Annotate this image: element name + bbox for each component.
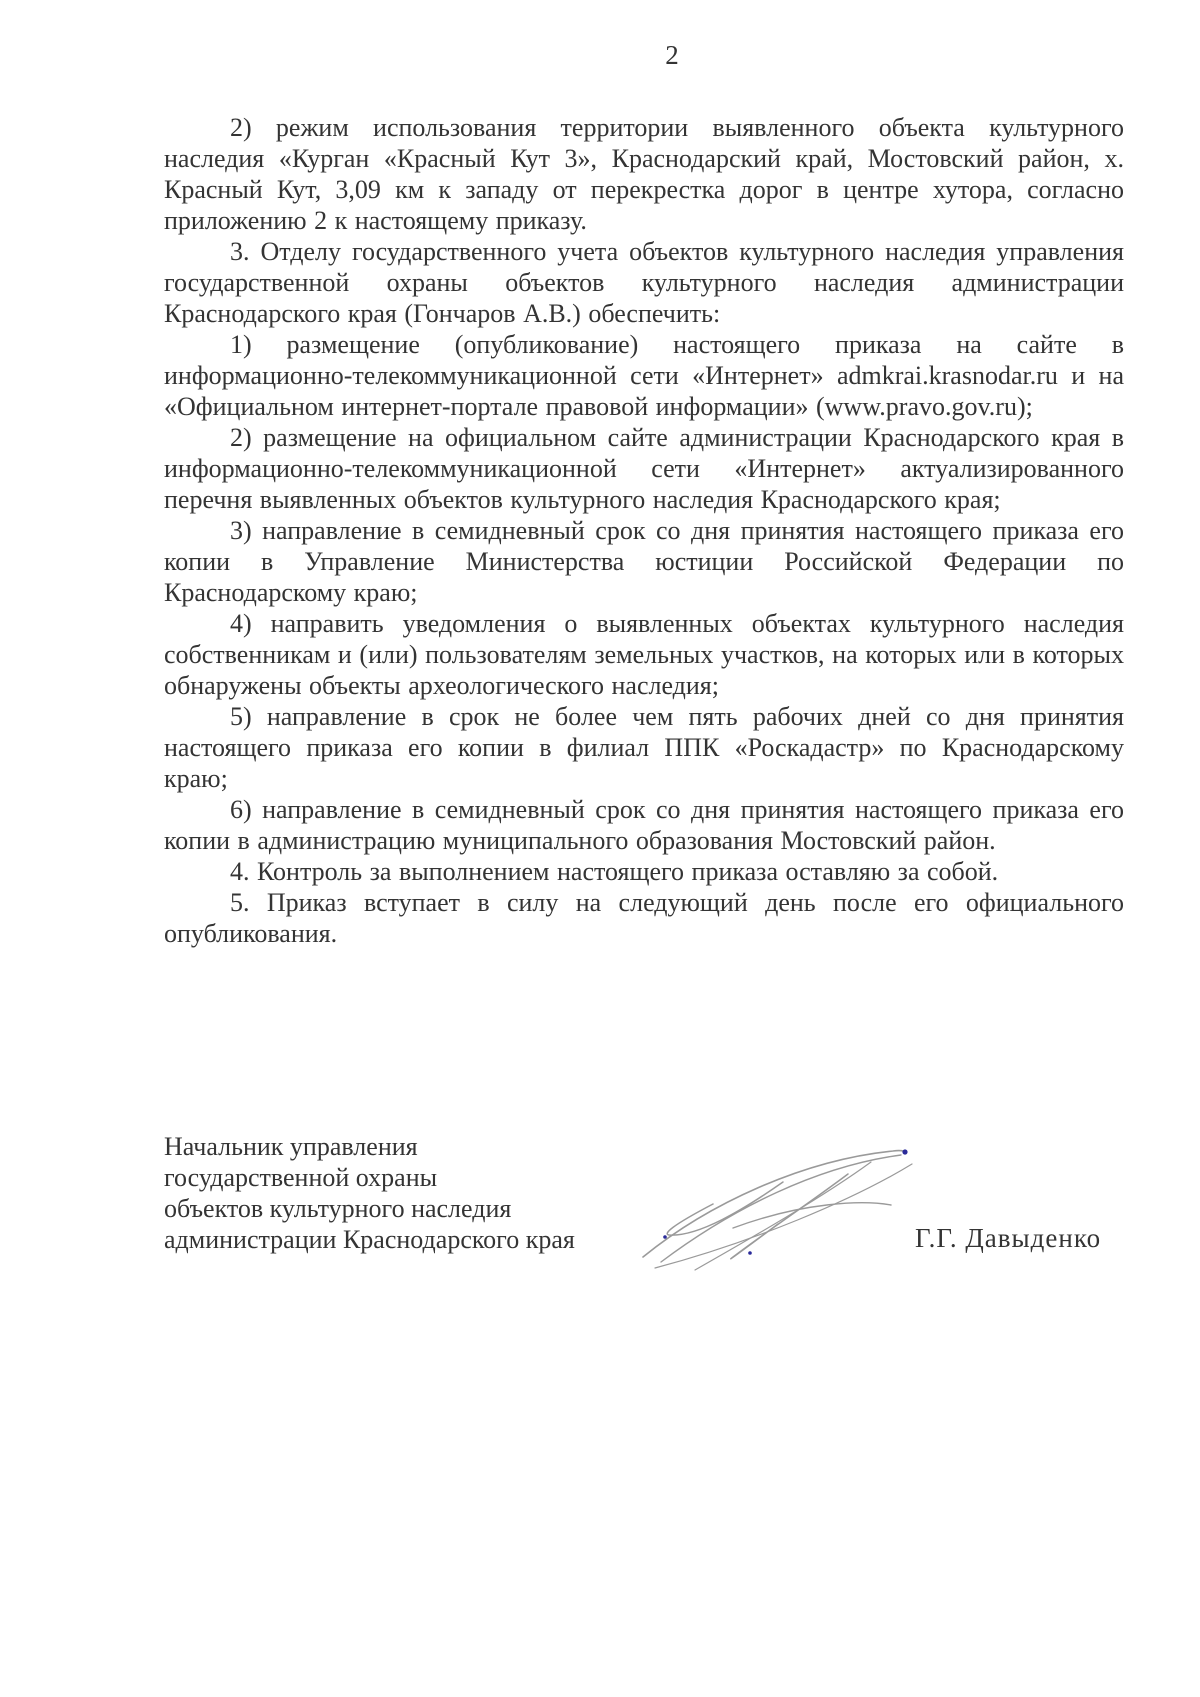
paragraph: 6) направление в семидневный срок со дня… xyxy=(164,794,1124,856)
paragraph: 3) направление в семидневный срок со дня… xyxy=(164,515,1124,608)
signoff-title-line: Начальник управления xyxy=(164,1131,575,1162)
paragraph: 4) направить уведомления о выявленных об… xyxy=(164,608,1124,701)
signer-name: Г.Г. Давыденко xyxy=(915,1223,1101,1254)
signoff-title-line: государственной охраны xyxy=(164,1162,575,1193)
signoff-title-line: администрации Краснодарского края xyxy=(164,1224,575,1255)
paragraph: 5) направление в срок не более чем пять … xyxy=(164,701,1124,794)
paragraph: 2) размещение на официальном сайте админ… xyxy=(164,422,1124,515)
document-page: 2 2) режим использования территории выяв… xyxy=(0,0,1200,1697)
signoff-block: Начальник управления государственной охр… xyxy=(164,1131,575,1255)
paragraph: 1) размещение (опубликование) настоящего… xyxy=(164,329,1124,422)
signoff-title-line: объектов культурного наследия xyxy=(164,1193,575,1224)
paragraph: 5. Приказ вступает в силу на следующий д… xyxy=(164,887,1124,949)
document-body: 2) режим использования территории выявле… xyxy=(164,112,1124,949)
paragraph: 3. Отделу государственного учета объекто… xyxy=(164,236,1124,329)
page-number: 2 xyxy=(164,40,1124,71)
paragraph: 2) режим использования территории выявле… xyxy=(164,112,1124,236)
handwritten-signature-icon xyxy=(613,1142,918,1272)
paragraph: 4. Контроль за выполнением настоящего пр… xyxy=(164,856,1124,887)
